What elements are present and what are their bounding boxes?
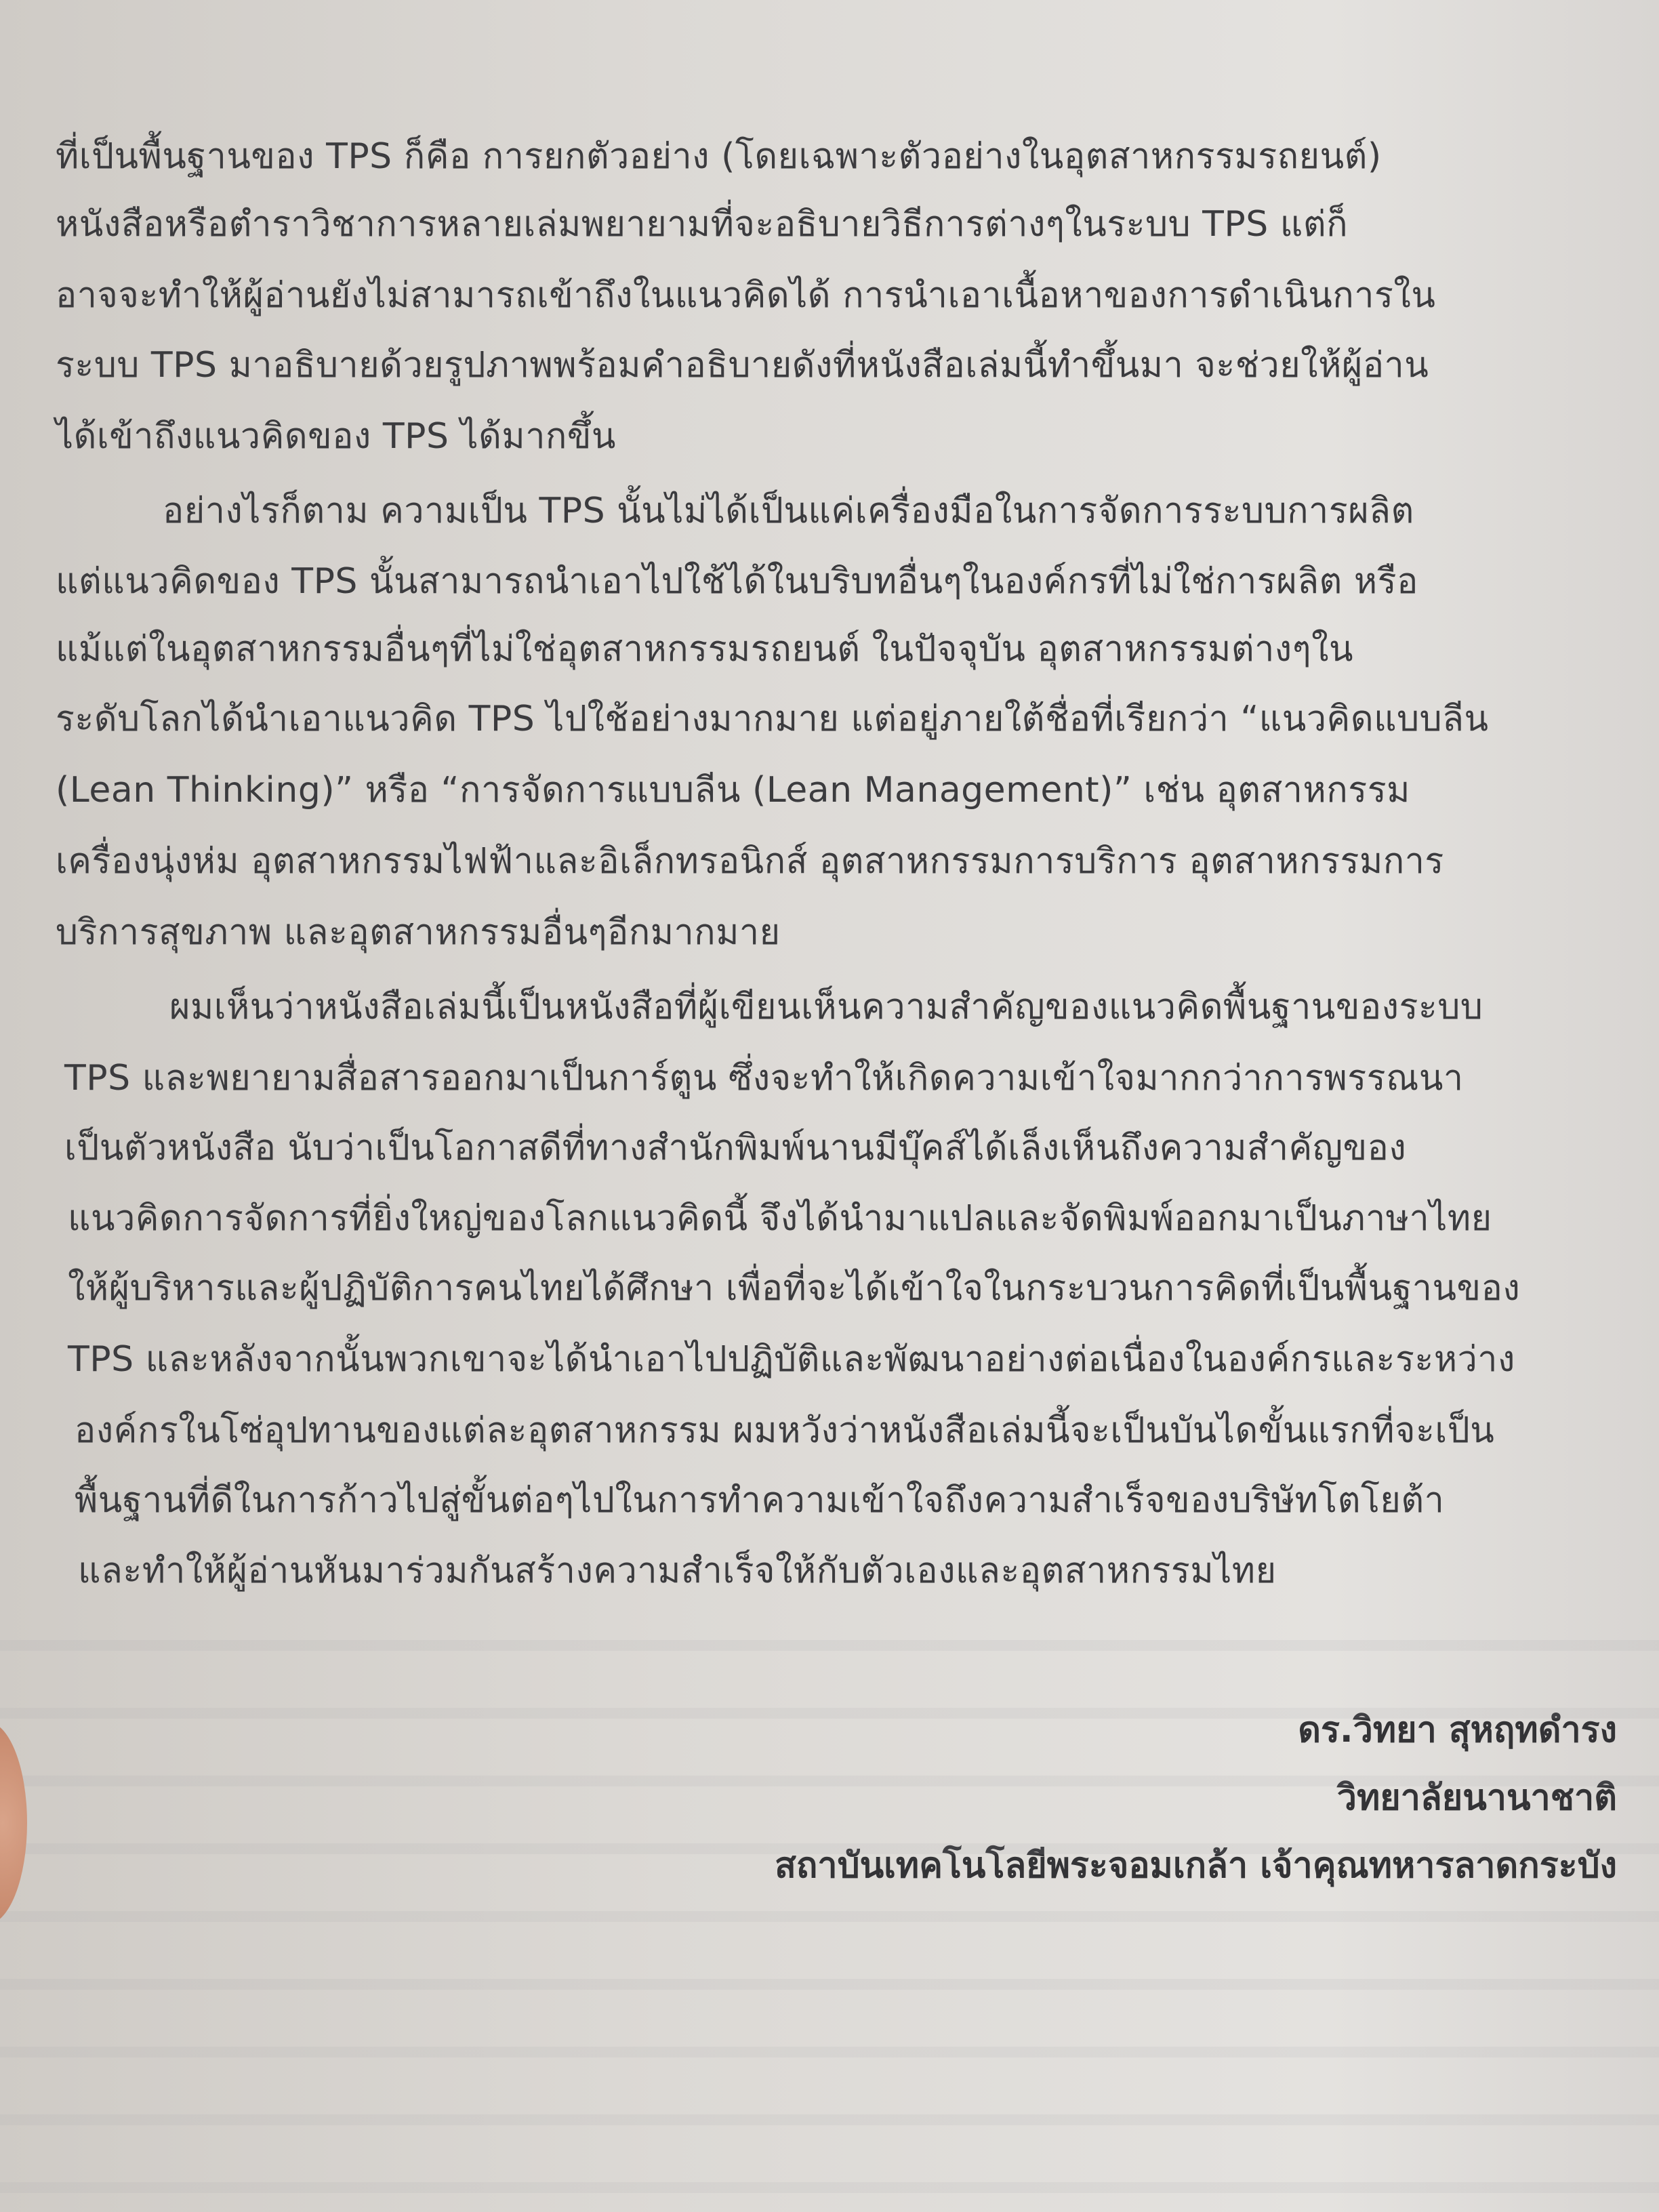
text-line: ระดับโลกได้นำเอาแนวคิด TPS ไปใช้อย่างมาก…	[56, 701, 1489, 737]
text-line: (Lean Thinking)” หรือ “การจัดการแบบลีน (…	[56, 773, 1410, 808]
text-line: ให้ผู้บริหารและผู้ปฏิบัติการคนไทยได้ศึกษ…	[68, 1271, 1520, 1306]
text-line: TPS และหลังจากนั้นพวกเขาจะได้นำเอาไปปฏิบ…	[68, 1342, 1515, 1377]
text-line: หนังสือหรือตำราวิชาการหลายเล่มพยายามที่จ…	[56, 207, 1348, 242]
signature-name: ดร.วิทยา สุหฤทดำรง	[1298, 1701, 1617, 1757]
text-line: พื้นฐานที่ดีในการก้าวไปสู่ขั้นต่อๆไปในกา…	[75, 1483, 1444, 1518]
text-line: ได้เข้าถึงแนวคิดของ TPS ได้มากขึ้น	[56, 419, 616, 454]
text-line: แนวคิดการจัดการที่ยิ่งใหญ่ของโลกแนวคิดนี…	[68, 1201, 1492, 1236]
text-line: บริการสุขภาพ และอุตสาหกรรมอื่นๆอีกมากมาย	[56, 915, 781, 950]
text-line: TPS และพยายามสื่อสารออกมาเป็นการ์ตูน ซึ่…	[64, 1061, 1464, 1096]
text-line: อาจจะทำให้ผู้อ่านยังไม่สามารถเข้าถึงในแน…	[56, 278, 1435, 313]
text-line: แต่แนวคิดของ TPS นั้นสามารถนำเอาไปใช้ได้…	[56, 564, 1418, 599]
text-line: ระบบ TPS มาอธิบายด้วยรูปภาพพร้อมคำอธิบาย…	[56, 348, 1429, 383]
text-line: ที่เป็นพื้นฐานของ TPS ก็คือ การยกตัวอย่า…	[56, 139, 1382, 174]
text-line: แม้แต่ในอุตสาหกรรมอื่นๆที่ไม่ใช่อุตสาหกร…	[56, 632, 1353, 667]
text-line: เครื่องนุ่งห่ม อุตสาหกรรมไฟฟ้าและอิเล็กท…	[56, 844, 1444, 879]
text-line: เป็นตัวหนังสือ นับว่าเป็นโอกาสดีที่ทางสำ…	[64, 1130, 1406, 1166]
text-line: องค์กรในโซ่อุปทานของแต่ละอุตสาหกรรม ผมหว…	[75, 1413, 1494, 1448]
text-line: และทำให้ผู้อ่านหันมาร่วมกันสร้างความสำเร…	[78, 1553, 1277, 1589]
signature-institute: สถาบันเทคโนโลยีพระจอมเกล้า เจ้าคุณทหารลา…	[775, 1837, 1617, 1893]
text-line: ผมเห็นว่าหนังสือเล่มนี้เป็นหนังสือที่ผู้…	[169, 989, 1483, 1025]
text-line: อย่างไรก็ตาม ความเป็น TPS นั้นไม่ได้เป็น…	[163, 493, 1414, 529]
thumb	[0, 1721, 27, 1925]
book-page: ที่เป็นพื้นฐานของ TPS ก็คือ การยกตัวอย่า…	[0, 0, 1659, 2212]
signature-college: วิทยาลัยนานาชาติ	[1337, 1769, 1617, 1825]
